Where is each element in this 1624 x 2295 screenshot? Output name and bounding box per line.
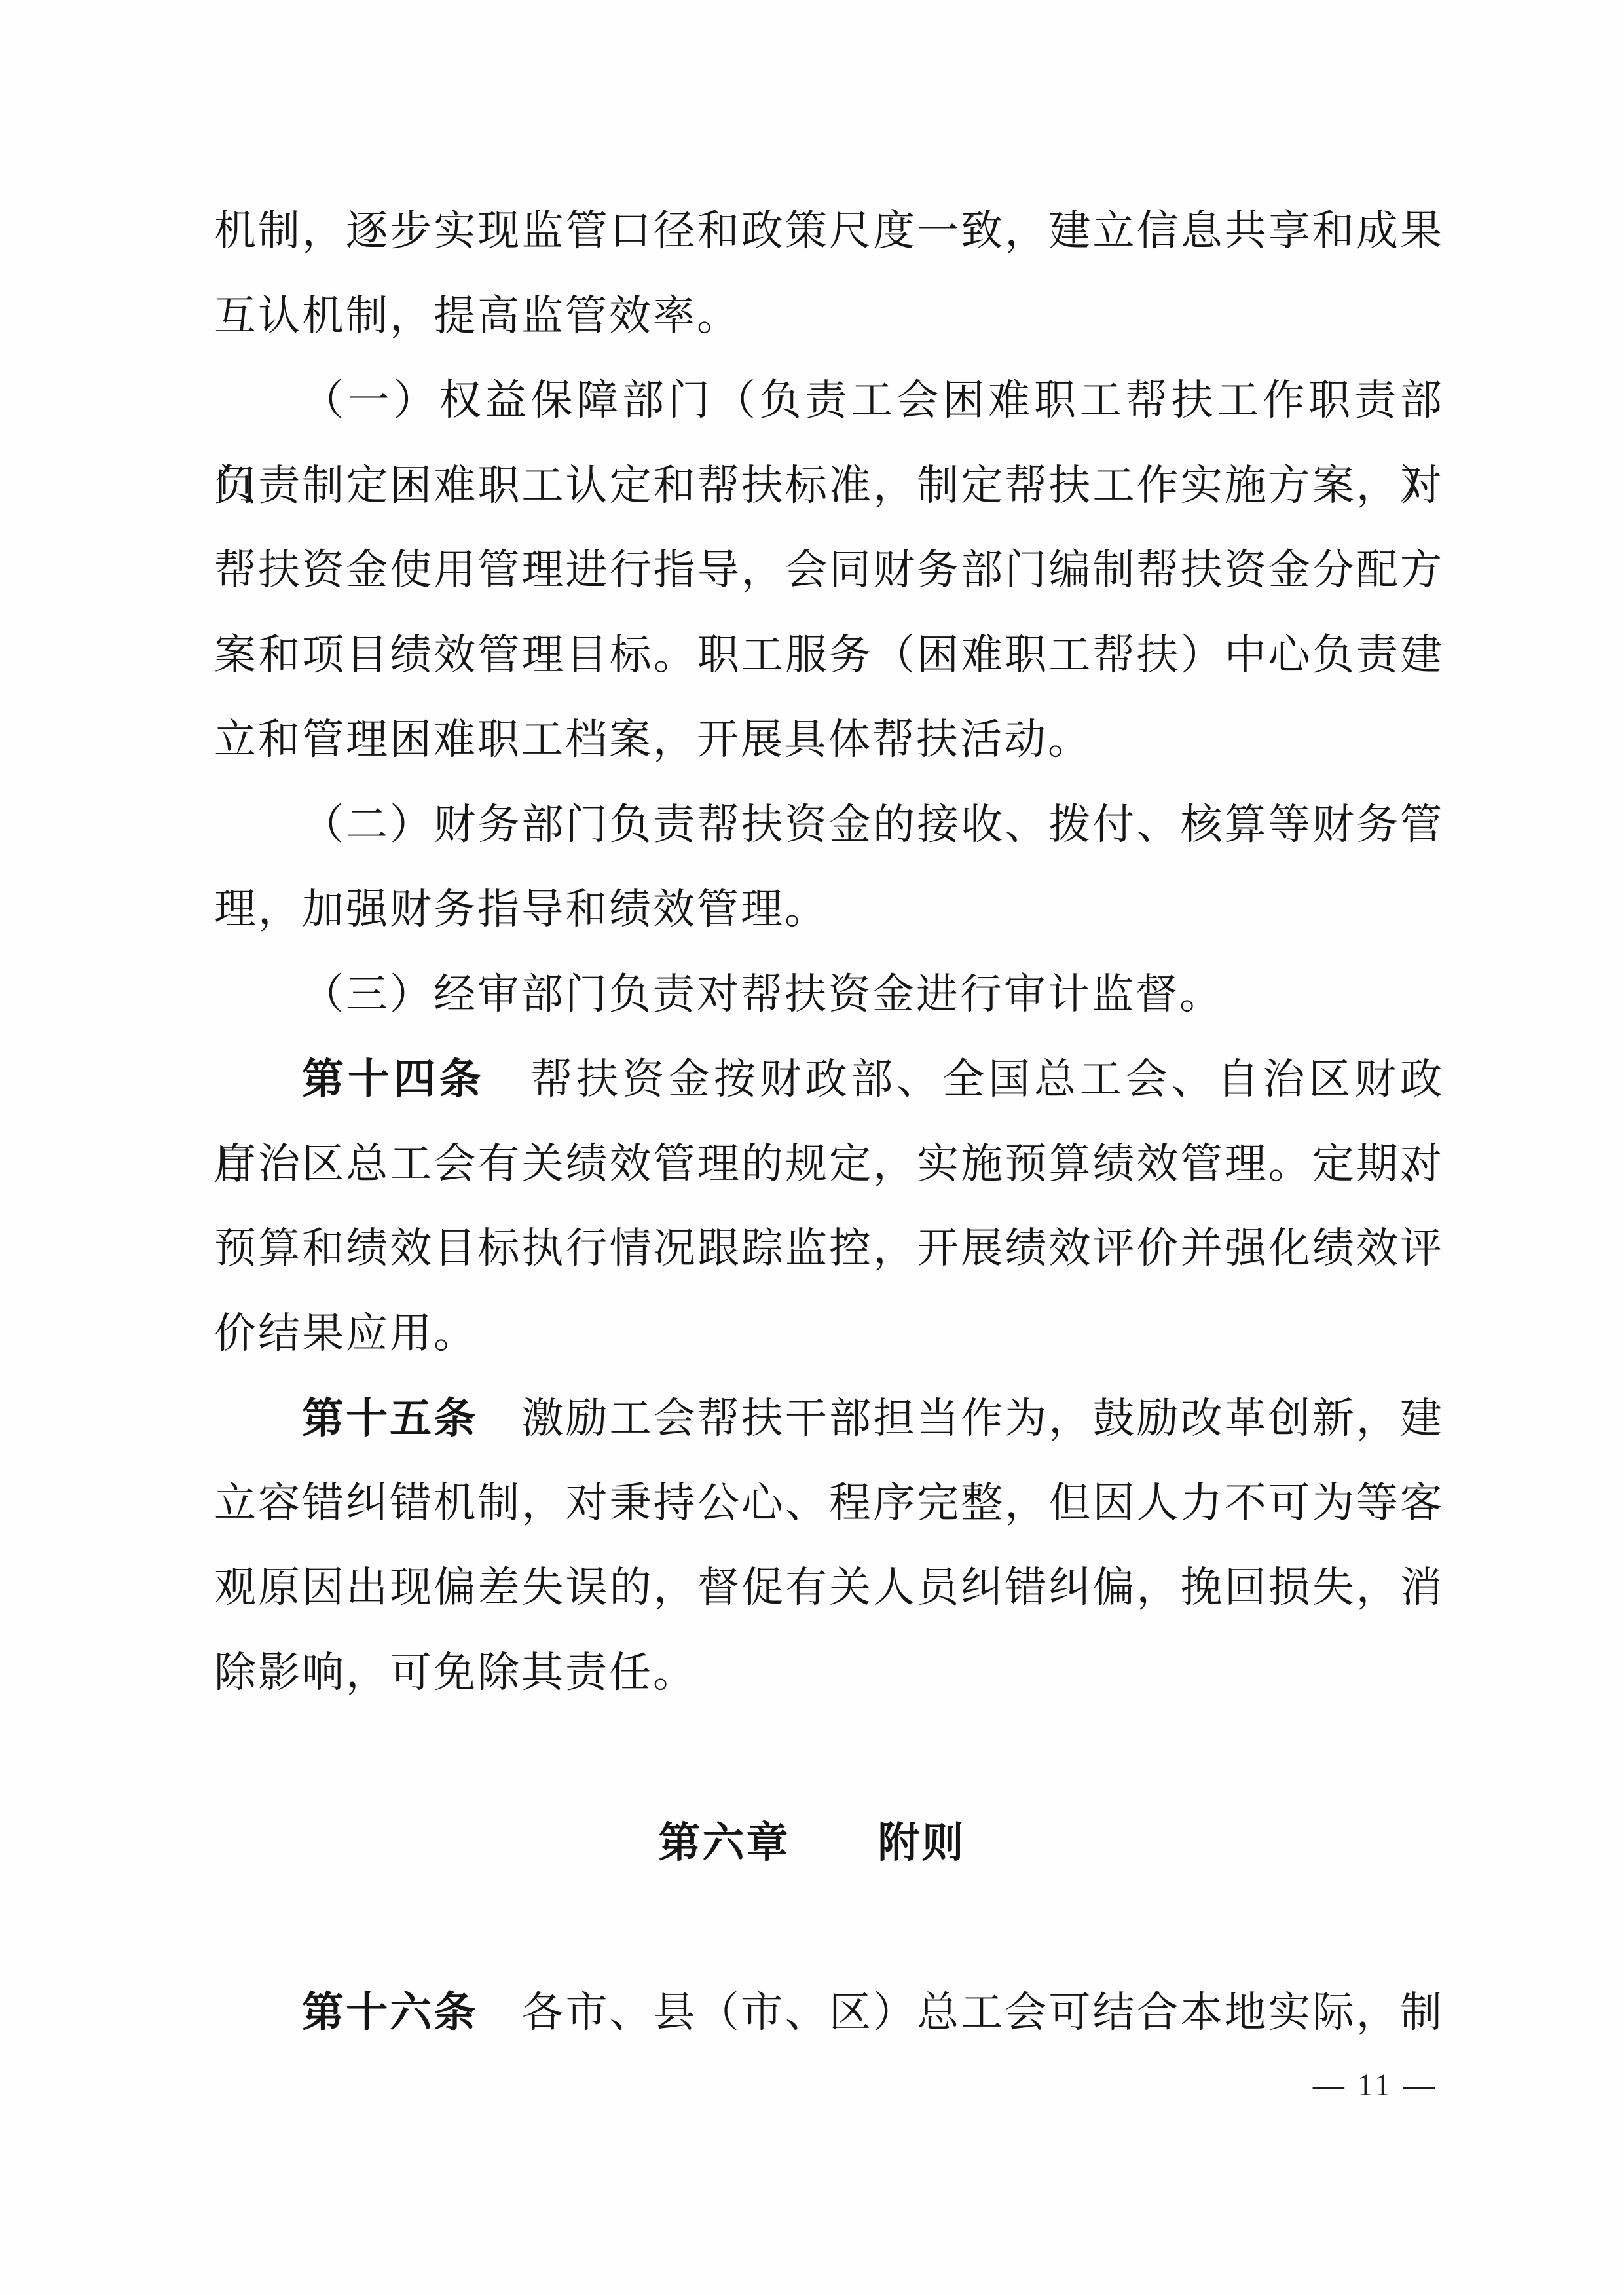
line-text: 观原因出现偏差失误的，督促有关人员纠错纠偏，挽回损失，消 <box>214 1564 1444 1611</box>
body-line: （一）权益保障部门（负责工会困难职工帮扶工作职责部门） <box>214 358 1444 443</box>
line-text: 自治区总工会有关绩效管理的规定，实施预算绩效管理。定期对 <box>214 1141 1444 1187</box>
page-number: — 11 — <box>1277 2056 1473 2115</box>
body-line: 第十四条 帮扶资金按财政部、全国总工会、自治区财政厅、 <box>214 1037 1444 1122</box>
article-number: 第十五条 <box>302 1395 477 1442</box>
body-line: 观原因出现偏差失误的，督促有关人员纠错纠偏，挽回损失，消 <box>214 1545 1444 1630</box>
line-text: 负责制定困难职工认定和帮扶标准，制定帮扶工作实施方案，对 <box>214 462 1444 509</box>
document-body: 机制，逐步实现监管口径和政策尺度一致，建立信息共享和成果互认机制，提高监管效率。… <box>0 0 1624 2295</box>
body-line: 机制，逐步实现监管口径和政策尺度一致，建立信息共享和成果 <box>214 189 1444 274</box>
line-text: 立容错纠错机制，对秉持公心、程序完整，但因人力不可为等客 <box>214 1480 1444 1526</box>
line-text: 案和项目绩效管理目标。职工服务（困难职工帮扶）中心负责建 <box>214 632 1444 678</box>
line-text: 立和管理困难职工档案，开展具体帮扶活动。 <box>214 716 1092 763</box>
line-text: （二）财务部门负责帮扶资金的接收、拨付、核算等财务管 <box>302 801 1444 848</box>
body-line: 帮扶资金使用管理进行指导，会同财务部门编制帮扶资金分配方 <box>214 528 1444 613</box>
line-text: 机制，逐步实现监管口径和政策尺度一致，建立信息共享和成果 <box>214 208 1444 254</box>
line-text: 第六章 附则 <box>659 1819 966 1866</box>
body-line: 理，加强财务指导和绩效管理。 <box>214 867 1444 952</box>
body-line: 案和项目绩效管理目标。职工服务（困难职工帮扶）中心负责建 <box>214 613 1444 698</box>
body-line: 价结果应用。 <box>214 1291 1444 1376</box>
line-text: 互认机制，提高监管效率。 <box>214 293 741 339</box>
line-text: （三）经审部门负责对帮扶资金进行审计监督。 <box>302 971 1223 1018</box>
body-line: 立和管理困难职工档案，开展具体帮扶活动。 <box>214 697 1444 782</box>
line-text: 激励工会帮扶干部担当作为，鼓励改革创新，建 <box>477 1395 1444 1442</box>
article-number: 第十六条 <box>302 1989 477 2036</box>
body-line: 负责制定困难职工认定和帮扶标准，制定帮扶工作实施方案，对 <box>214 443 1444 528</box>
line-text: 预算和绩效目标执行情况跟踪监控，开展绩效评价并强化绩效评 <box>214 1225 1444 1272</box>
line-text: 各市、县（市、区）总工会可结合本地实际，制 <box>477 1989 1444 2036</box>
body-line: 立容错纠错机制，对秉持公心、程序完整，但因人力不可为等客 <box>214 1461 1444 1546</box>
chapter-heading: 第六章 附则 <box>0 1800 1624 1885</box>
body-line: 除影响，可免除其责任。 <box>214 1630 1444 1716</box>
body-line: 自治区总工会有关绩效管理的规定，实施预算绩效管理。定期对 <box>214 1122 1444 1207</box>
body-line: （三）经审部门负责对帮扶资金进行审计监督。 <box>214 952 1444 1037</box>
document-page: 机制，逐步实现监管口径和政策尺度一致，建立信息共享和成果互认机制，提高监管效率。… <box>0 0 1624 2295</box>
body-line: 第十六条 各市、县（市、区）总工会可结合本地实际，制 <box>214 1970 1444 2055</box>
line-text: 价结果应用。 <box>214 1310 477 1357</box>
line-text: 帮扶资金使用管理进行指导，会同财务部门编制帮扶资金分配方 <box>214 547 1444 593</box>
body-line: 预算和绩效目标执行情况跟踪监控，开展绩效评价并强化绩效评 <box>214 1206 1444 1291</box>
line-text: 除影响，可免除其责任。 <box>214 1649 697 1696</box>
body-line: 第十五条 激励工会帮扶干部担当作为，鼓励改革创新，建 <box>214 1376 1444 1461</box>
body-line: （二）财务部门负责帮扶资金的接收、拨付、核算等财务管 <box>214 782 1444 868</box>
article-number: 第十四条 <box>302 1056 485 1103</box>
body-line: 互认机制，提高监管效率。 <box>214 274 1444 359</box>
line-text: 理，加强财务指导和绩效管理。 <box>214 886 828 932</box>
